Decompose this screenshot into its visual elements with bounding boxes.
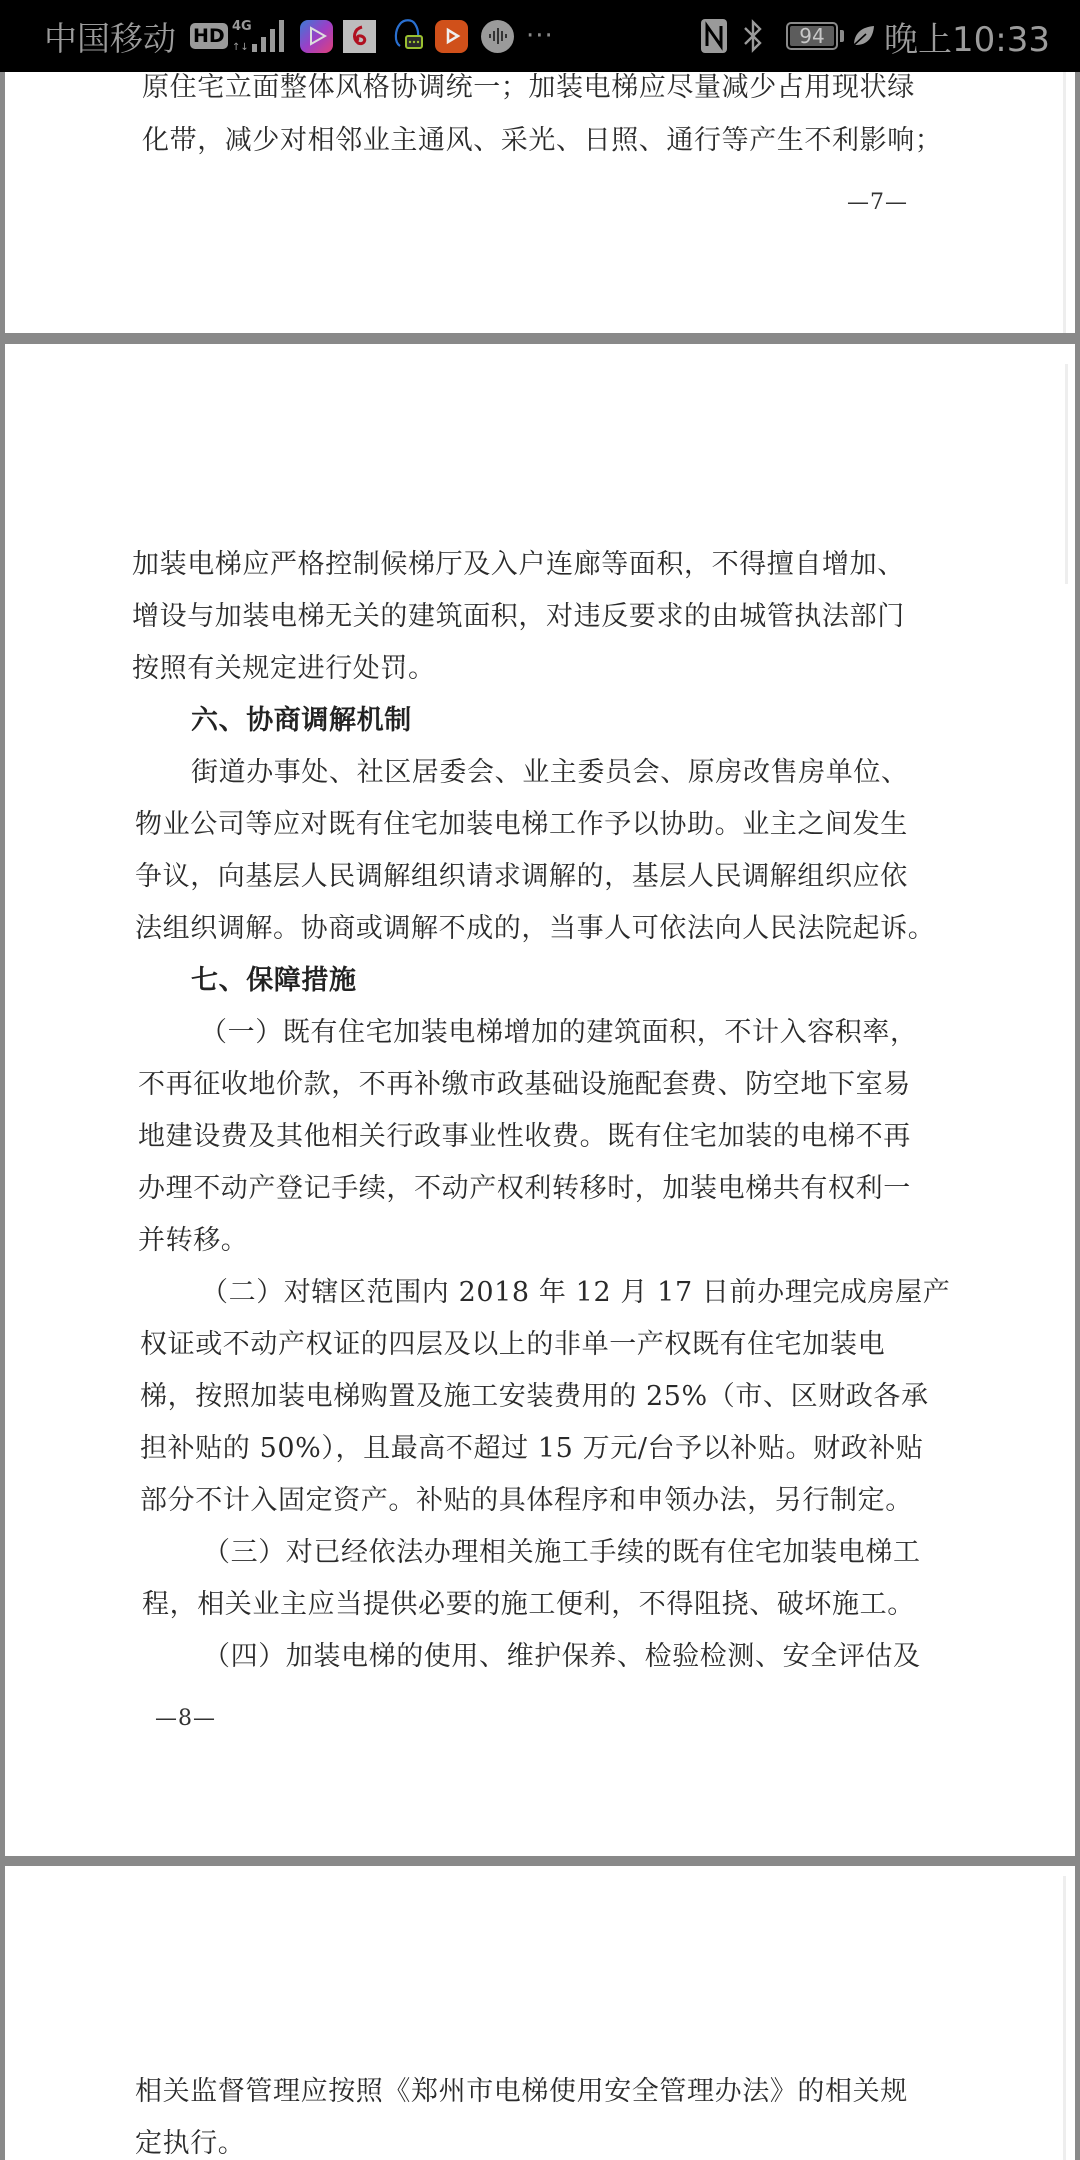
hd-voice-icon: HD [190, 0, 228, 72]
clock: 晚上10:33 [884, 0, 1050, 72]
body-text-line: 街道办事处、社区居委会、业主委员会、原房改售房单位、 [191, 757, 909, 789]
body-text-line: 地建设费及其他相关行政事业性收费。既有住宅加装的电梯不再 [138, 1121, 911, 1153]
news-app-icon [343, 0, 376, 72]
battery-icon: 94 [786, 0, 844, 72]
body-text-line: 争议，向基层人民调解组织请求调解的，基层人民调解组织应依 [135, 861, 908, 893]
body-text-line: （四）加装电梯的使用、维护保养、检验检测、安全评估及 [203, 1641, 921, 1673]
body-text-line: 相关监督管理应按照《郑州市电梯使用安全管理办法》的相关规 [135, 2076, 908, 2108]
body-text-line: 并转移。 [138, 1225, 248, 1257]
body-text-line: 化带，减少对相邻业主通风、采光、日照、通行等产生不利影响； [142, 125, 942, 157]
svg-text:4G: 4G [232, 19, 252, 34]
battery-level: 94 [790, 26, 834, 46]
document-page-7: 原住宅立面整体风格协调统一；加装电梯应尽量减少占用现状绿 化带，减少对相邻业主通… [5, 72, 1075, 333]
body-text-line: （二）对辖区范围内 2018 年 12 月 17 日前办理完成房屋产 [201, 1277, 950, 1309]
document-page-8: 加装电梯应严格控制候梯厅及入户连廊等面积，不得擅自增加、 增设与加装电梯无关的建… [5, 344, 1075, 1856]
scan-edge [1063, 1876, 1066, 2160]
power-saving-leaf-icon [850, 0, 876, 72]
section-heading-7: 七、保障措施 [191, 965, 357, 997]
body-text-line: 原住宅立面整体风格协调统一；加装电梯应尽量减少占用现状绿 [142, 72, 915, 104]
scan-edge [1065, 364, 1068, 584]
scan-edge [1063, 72, 1066, 333]
audio-app-icon [481, 0, 514, 72]
media-app-icon [435, 0, 468, 72]
bluetooth-icon [742, 0, 764, 72]
carrier-name: 中国移动 [44, 0, 176, 72]
cellular-signal-icon: 4G ↑↓ [232, 0, 294, 72]
section-heading-6: 六、协商调解机制 [191, 705, 412, 737]
body-text-line: 加装电梯应严格控制候梯厅及入户连廊等面积，不得擅自增加、 [132, 549, 905, 581]
hd-badge: HD [190, 23, 228, 49]
body-text-line: 权证或不动产权证的四层及以上的非单一产权既有住宅加装电 [140, 1329, 885, 1361]
page-number: —7— [847, 190, 908, 215]
body-text-line: （三）对已经依法办理相关施工手续的既有住宅加装电梯工 [203, 1537, 921, 1569]
document-page-9: 相关监督管理应按照《郑州市电梯使用安全管理办法》的相关规 定执行。 [5, 1866, 1075, 2160]
svg-text:↑↓: ↑↓ [232, 42, 249, 53]
body-text-line: （一）既有住宅加装电梯增加的建筑面积，不计入容积率， [200, 1017, 918, 1049]
chat-app-icon [392, 0, 424, 72]
video-app-icon [300, 0, 333, 72]
body-text-line: 部分不计入固定资产。补贴的具体程序和申领办法，另行制定。 [140, 1485, 913, 1517]
page-number: —8— [155, 1706, 216, 1731]
body-text-line: 程，相关业主应当提供必要的施工便利，不得阻挠、破坏施工。 [142, 1589, 915, 1621]
body-text-line: 法组织调解。协商或调解不成的，当事人可依法向人民法院起诉。 [135, 913, 935, 945]
body-text-line: 不再征收地价款，不再补缴市政基础设施配套费、防空地下室易 [138, 1069, 911, 1101]
body-text-line: 担补贴的 50%），且最高不超过 15 万元/台予以补贴。财政补贴 [140, 1433, 924, 1465]
body-text-line: 梯，按照加装电梯购置及施工安装费用的 25%（市、区财政各承 [140, 1381, 929, 1413]
status-bar: 中国移动 HD 4G ↑↓ [0, 0, 1080, 72]
body-text-line: 物业公司等应对既有住宅加装电梯工作予以协助。业主之间发生 [135, 809, 908, 841]
body-text-line: 增设与加装电梯无关的建筑面积，对违反要求的由城管执法部门 [132, 601, 905, 633]
body-text-line: 按照有关规定进行处罚。 [132, 653, 436, 685]
nfc-icon [700, 0, 728, 72]
body-text-line: 办理不动产登记手续，不动产权利转移时，加装电梯共有权利一 [138, 1173, 911, 1205]
body-text-line: 定执行。 [135, 2128, 245, 2160]
more-notifications-icon: ··· [526, 0, 554, 72]
